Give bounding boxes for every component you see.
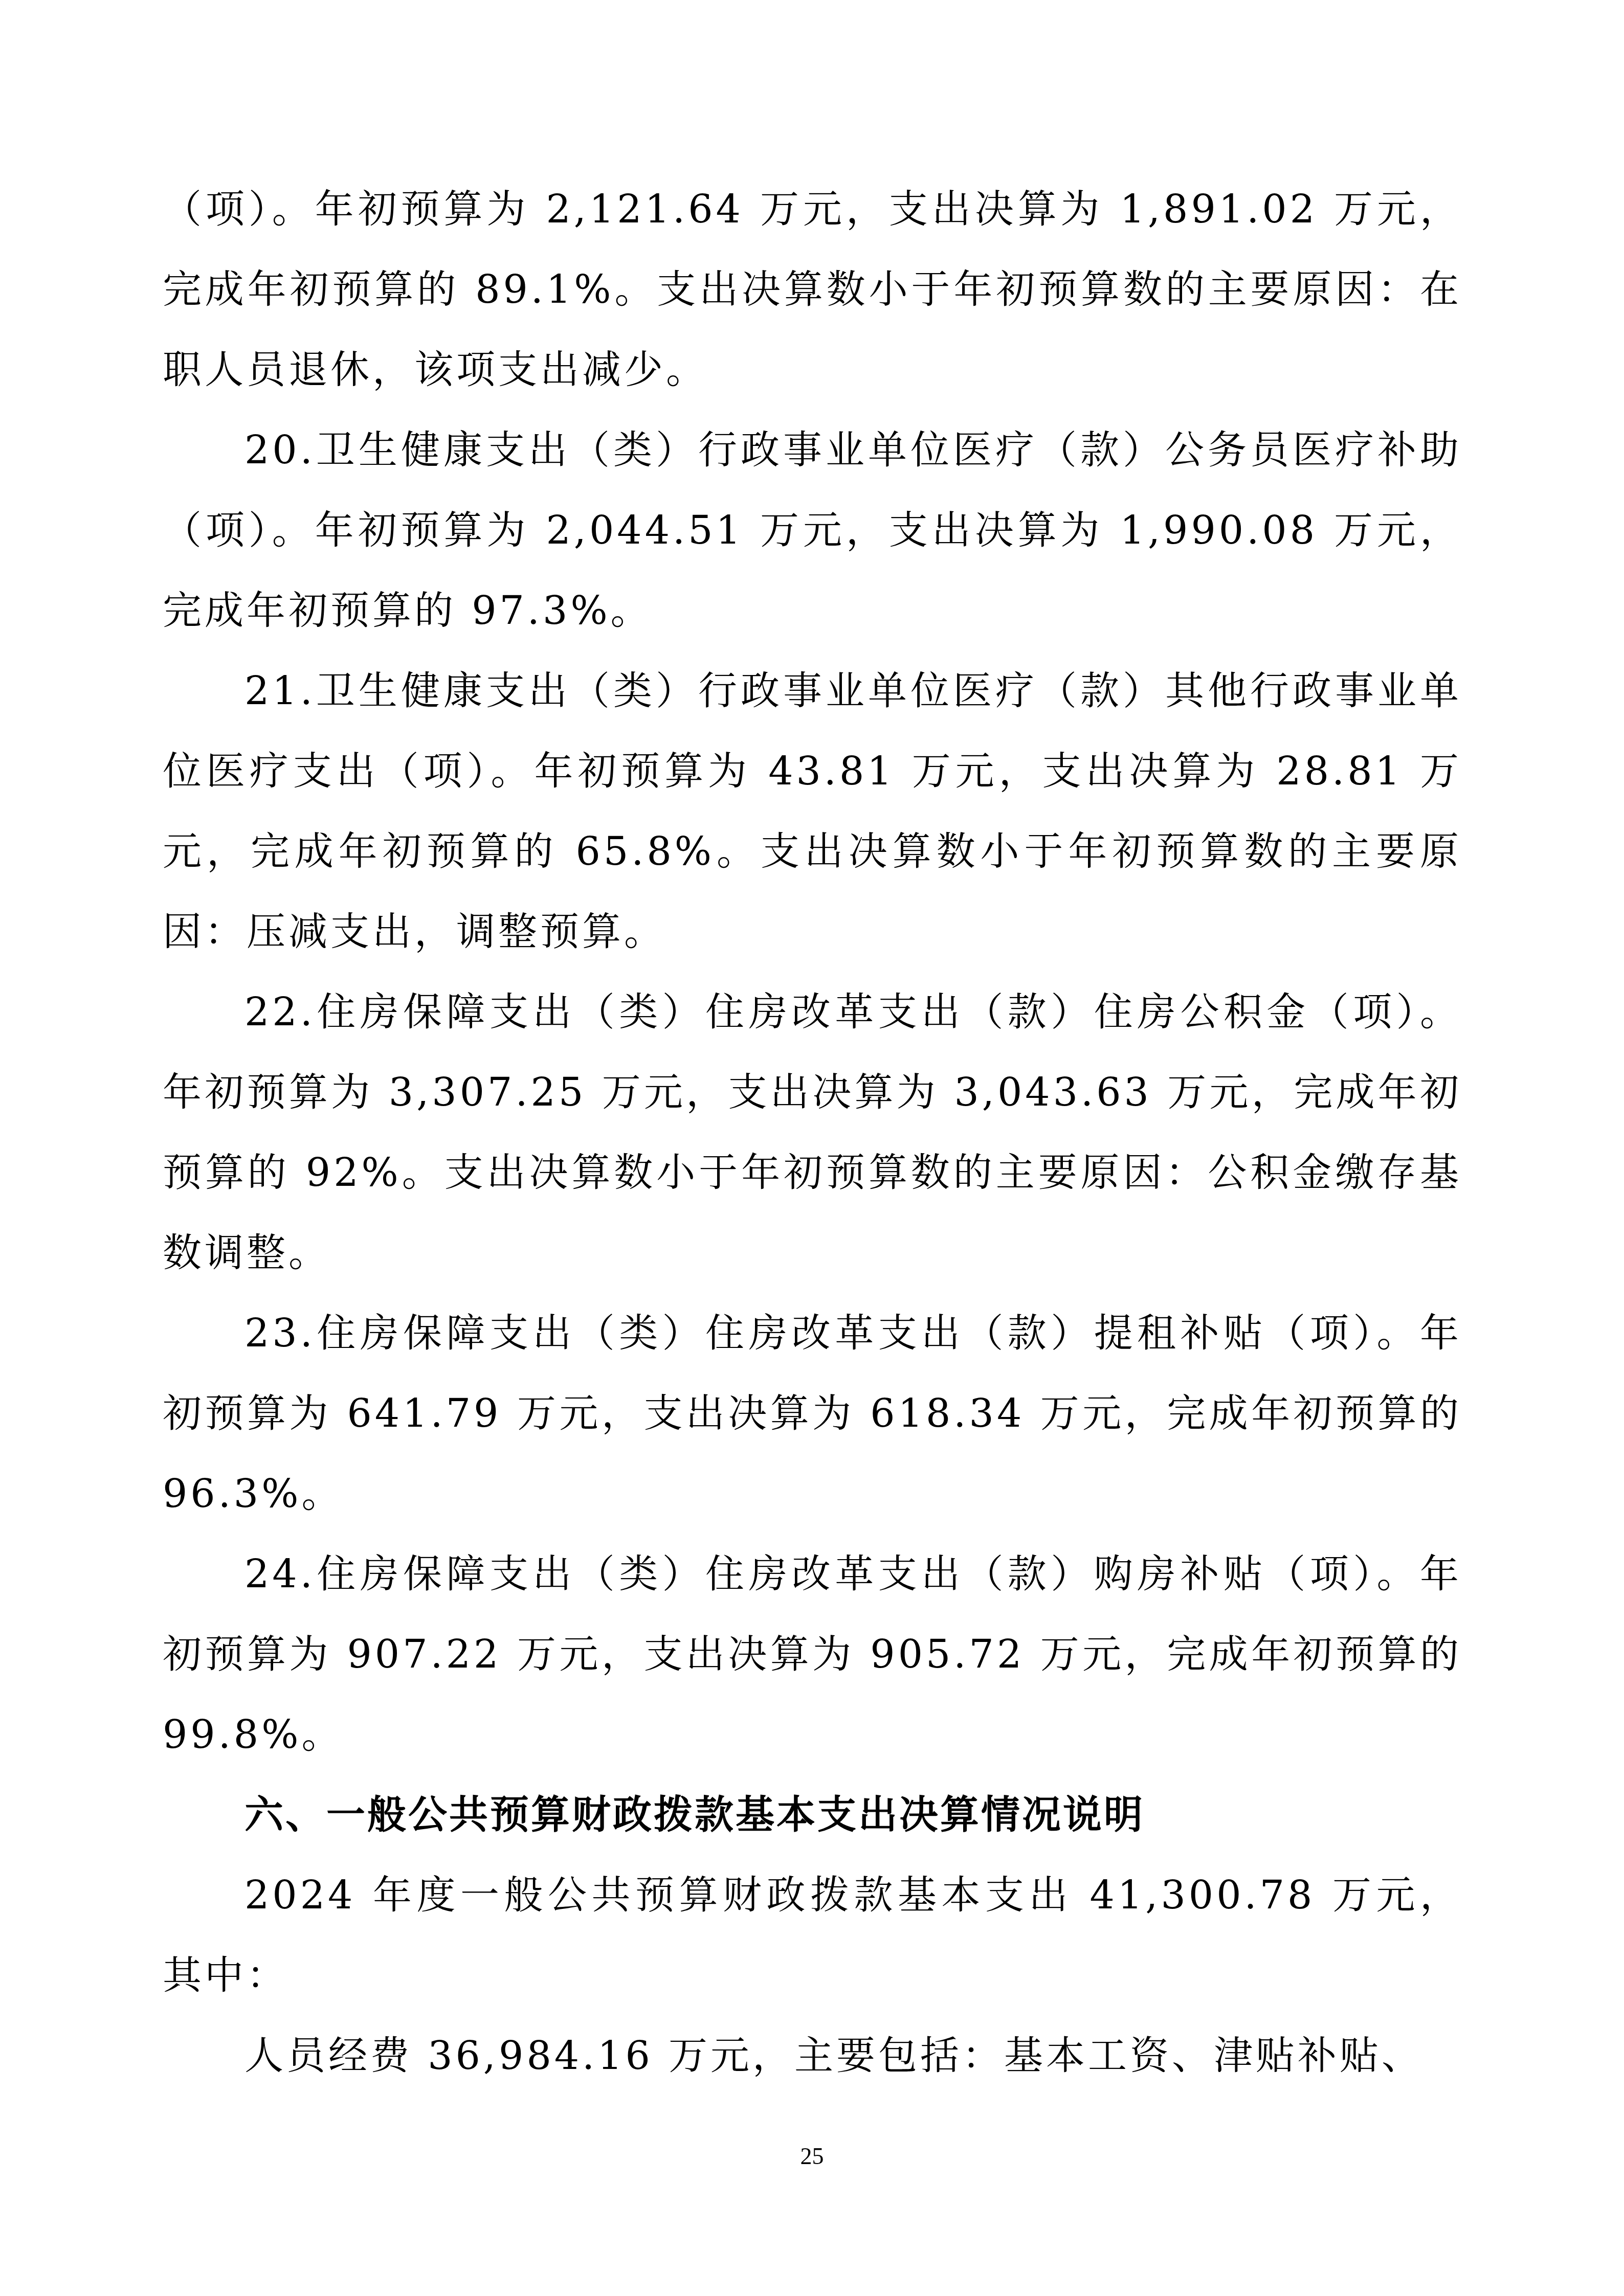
paragraph-item-20: 20.卫生健康支出（类）行政事业单位医疗（款）公务员医疗补助（项）。年初预算为 … (163, 410, 1462, 650)
section-paragraph-basic-expenditure: 2024 年度一般公共预算财政拨款基本支出 41,300.78 万元，其中： (163, 1855, 1462, 2015)
paragraph-19-continuation: （项）。年初预算为 2,121.64 万元，支出决算为 1,891.02 万元，… (163, 169, 1462, 410)
paragraph-item-23: 23.住房保障支出（类）住房改革支出（款）提租补贴（项）。年初预算为 641.7… (163, 1293, 1462, 1534)
section-paragraph-personnel: 人员经费 36,984.16 万元，主要包括：基本工资、津贴补贴、 (163, 2015, 1462, 2096)
page-number: 25 (0, 2143, 1624, 2170)
paragraph-item-24: 24.住房保障支出（类）住房改革支出（款）购房补贴（项）。年初预算为 907.2… (163, 1534, 1462, 1774)
document-page: （项）。年初预算为 2,121.64 万元，支出决算为 1,891.02 万元，… (163, 169, 1462, 2096)
paragraph-item-21: 21.卫生健康支出（类）行政事业单位医疗（款）其他行政事业单位医疗支出（项）。年… (163, 650, 1462, 972)
section-heading: 六、一般公共预算财政拨款基本支出决算情况说明 (163, 1774, 1462, 1855)
paragraph-item-22: 22.住房保障支出（类）住房改革支出（款）住房公积金（项）。年初预算为 3,30… (163, 972, 1462, 1293)
